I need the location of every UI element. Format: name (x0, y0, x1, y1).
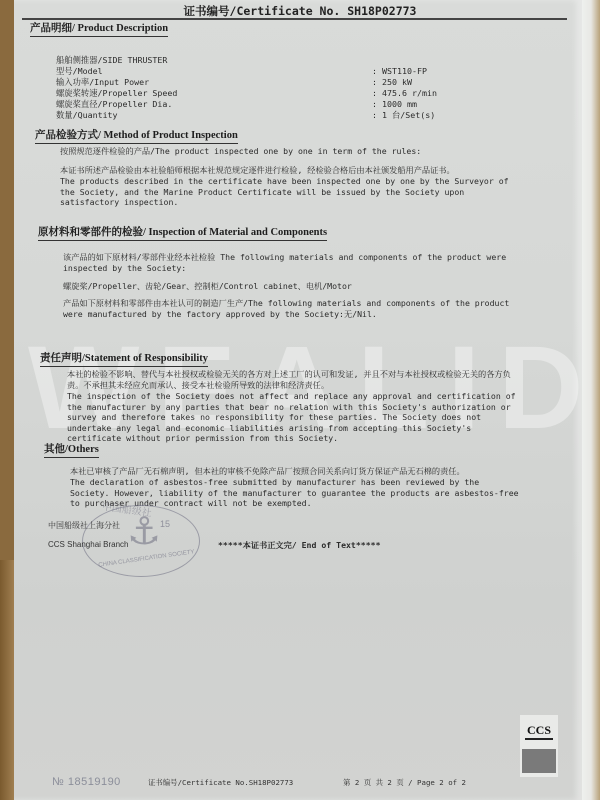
spec-value-model: : WST110-FP (372, 66, 427, 77)
page-indicator: 第 2 页 共 2 页 / Page 2 of 2 (343, 777, 466, 788)
ccs-logo: CCS (520, 715, 558, 777)
section-title-others: 其他/Others (44, 441, 99, 458)
inspection-method-para-en: The products described in the certificat… (60, 176, 515, 208)
branch-name-en: CCS Shanghai Branch (48, 540, 129, 549)
section-title-product-description: 产品明细/ Product Description (30, 20, 168, 37)
spec-label-quantity: 数量/Quantity (56, 110, 118, 121)
end-of-text: *****本证书正文完/ End of Text***** (218, 540, 381, 551)
spec-value-quantity: : 1 台/Set(s) (372, 110, 435, 121)
others-para-cn: 本社已审核了产品厂无石棉声明, 但本社的审核不免除产品厂按照合同关系向订货方保证… (70, 466, 530, 477)
section-title-material-inspection: 原材料和零部件的检验/ Inspection of Material and C… (38, 224, 327, 241)
responsibility-para-en: The inspection of the Society does not a… (67, 391, 527, 444)
spec-value-input-power: : 250 kW (372, 77, 412, 88)
product-name: 船舶侧推器/SIDE THRUSTER (56, 55, 167, 66)
material-components-list: 螺旋桨/Propeller、齿轮/Gear、控制柜/Control cabine… (63, 281, 352, 292)
serial-number: № 18519190 (52, 776, 121, 788)
page-edge-right (582, 0, 600, 800)
spec-value-propeller-speed: : 475.6 r/min (372, 88, 437, 99)
branch-name-cn: 中国船级社上海分社 (48, 520, 120, 531)
anchor-icon: ⚓ (127, 509, 161, 553)
ccs-logo-block (522, 749, 556, 773)
stamp-number: 15 (160, 519, 170, 529)
inspection-method-rule: 按照规范逐件检验的产品/The product inspected one by… (60, 146, 421, 157)
inspection-method-para-cn: 本证书所述产品检验由本社验船师根据本社规范规定逐件进行检验, 经检验合格后由本社… (60, 165, 520, 176)
spec-label-propeller-dia: 螺旋桨直径/Propeller Dia. (56, 99, 172, 110)
section-title-inspection-method: 产品检验方式/ Method of Product Inspection (35, 127, 238, 144)
section-title-responsibility: 责任声明/Statement of Responsibility (40, 350, 208, 367)
spec-label-propeller-speed: 螺旋桨转速/Propeller Speed (56, 88, 177, 99)
footer-certificate-number: 证书编号/Certificate No.SH18P02773 (148, 777, 293, 788)
material-inspection-para1: 该产品的如下原材料/零部件业经本社检验 The following materi… (63, 252, 518, 273)
certificate-number-header: 证书编号/Certificate No. SH18P02773 (0, 3, 600, 19)
spec-label-model: 型号/Model (56, 66, 103, 77)
spec-label-input-power: 输入功率/Input Power (56, 77, 149, 88)
ccs-logo-bar (525, 738, 553, 740)
spec-value-propeller-dia: : 1000 mm (372, 99, 417, 110)
ccs-logo-text: CCS (520, 723, 558, 738)
material-inspection-para2: 产品如下原材料和零部件由本社认可的制造厂生产/The following mat… (63, 298, 523, 319)
responsibility-para-cn: 本社的检验不影响、替代与本社授权或检验无关的各方对上述工厂的认可和发证, 并且不… (67, 369, 527, 390)
